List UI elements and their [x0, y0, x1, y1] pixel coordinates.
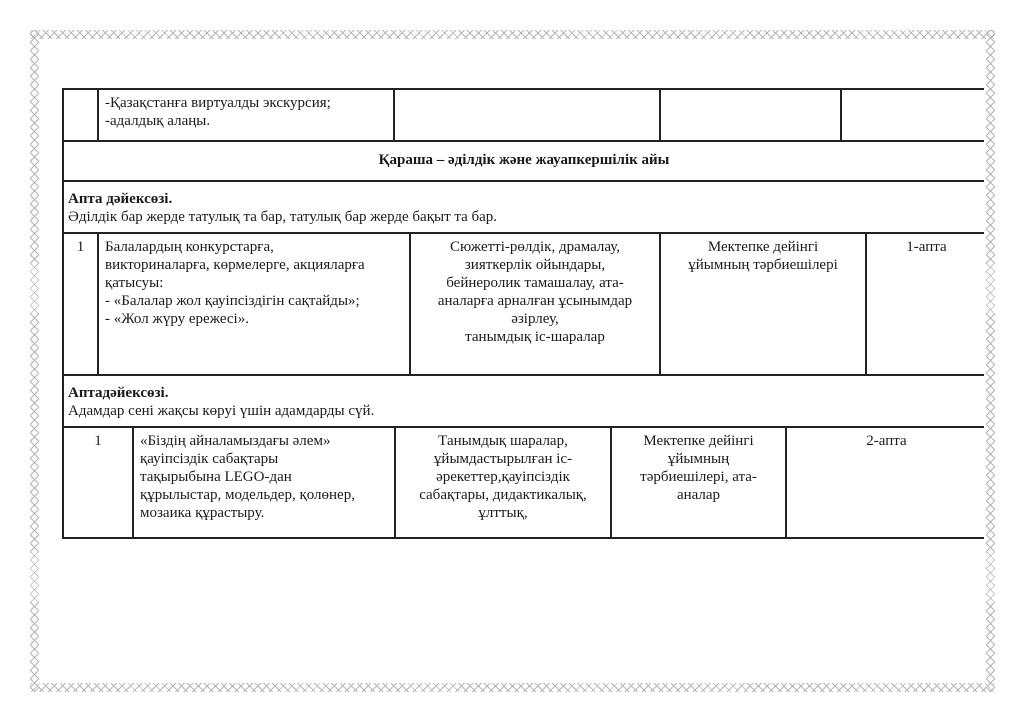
forms-line: бейнеролик тамашалау, ата-	[417, 274, 653, 292]
number-cell	[64, 90, 97, 140]
border-pattern-bottom	[30, 683, 995, 692]
forms-cell: Сюжетті-рөлдік, драмалау, зияткерлік ойы…	[409, 234, 659, 374]
number-cell: 1	[64, 234, 97, 374]
responsible-line: аналар	[618, 486, 779, 504]
forms-line: ұлттық,	[402, 504, 604, 522]
table-row: 1 Балалардың конкурстарға, викториналарғ…	[62, 232, 984, 374]
responsible-line: ұйымның	[618, 450, 779, 468]
border-pattern-left	[30, 30, 39, 692]
activity-cell: Балалардың конкурстарға, викториналарға,…	[97, 234, 409, 374]
activity-line: қатысуы:	[105, 274, 403, 292]
border-pattern-right	[986, 30, 995, 692]
quote-text: Адамдар сені жақсы көруі үшін адамдарды …	[68, 402, 980, 420]
responsible-cell: Мектепке дейінгі ұйымның тәрбиешілері, а…	[610, 428, 785, 537]
responsible-cell: Мектепке дейінгі ұйымның тәрбиешілері	[659, 234, 865, 374]
forms-line: әзірлеу,	[417, 310, 653, 328]
border-pattern-top	[30, 30, 995, 39]
responsible-line: Мектепке дейінгі	[618, 432, 779, 450]
table-row: 1 «Біздің айналамыздағы әлем» қауіпсізді…	[62, 426, 984, 539]
activity-line: викториналарға, көрмелерге, акцияларға	[105, 256, 403, 274]
activity-line: - «Балалар жол қауіпсіздігін сақтайды»;	[105, 292, 403, 310]
activity-line: құрылыстар, модельдер, қолөнер,	[140, 486, 388, 504]
table-row-continued: -Қазақстанға виртуалды экскурсия; -адалд…	[62, 88, 984, 140]
forms-line: әрекеттер,қауіпсіздік	[402, 468, 604, 486]
month-heading: Қараша – әділдік және жауапкершілік айы	[64, 142, 984, 173]
activity-cell: -Қазақстанға виртуалды экскурсия; -адалд…	[97, 90, 393, 140]
responsible-cell	[659, 90, 840, 140]
quote-row-2: Аптадәйексөзі. Адамдар сені жақсы көруі …	[62, 374, 984, 426]
activity-line: -адалдық алаңы.	[105, 112, 387, 130]
forms-line: Сюжетті-рөлдік, драмалау,	[417, 238, 653, 256]
timing-cell: 1-апта	[865, 234, 986, 374]
plan-table: -Қазақстанға виртуалды экскурсия; -адалд…	[62, 88, 984, 539]
activity-cell: «Біздің айналамыздағы әлем» қауіпсіздік …	[132, 428, 394, 537]
forms-line: Танымдық шаралар,	[402, 432, 604, 450]
forms-line: зияткерлік ойындары,	[417, 256, 653, 274]
responsible-line: ұйымның тәрбиешілері	[667, 256, 859, 274]
activity-line: -Қазақстанға виртуалды экскурсия;	[105, 94, 387, 112]
responsible-line: тәрбиешілері, ата-	[618, 468, 779, 486]
number-cell: 1	[64, 428, 132, 537]
activity-line: қауіпсіздік сабақтары	[140, 450, 388, 468]
forms-cell: Танымдық шаралар, ұйымдастырылған іс- әр…	[394, 428, 610, 537]
forms-cell	[393, 90, 659, 140]
forms-line: аналарға арналған ұсынымдар	[417, 292, 653, 310]
quote-label: Апта дәйексөзі.	[68, 190, 980, 208]
forms-line: ұйымдастырылған іс-	[402, 450, 604, 468]
activity-line: тақырыбына LEGO-дан	[140, 468, 388, 486]
activity-line: «Біздің айналамыздағы әлем»	[140, 432, 388, 450]
quote-row-1: Апта дәйексөзі. Әділдік бар жерде татулы…	[62, 180, 984, 232]
responsible-line: Мектепке дейінгі	[667, 238, 859, 256]
month-heading-row: Қараша – әділдік және жауапкершілік айы	[62, 140, 984, 180]
activity-line: Балалардың конкурстарға,	[105, 238, 403, 256]
timing-cell	[840, 90, 986, 140]
timing-cell: 2-апта	[785, 428, 986, 537]
activity-line: мозаика құрастыру.	[140, 504, 388, 522]
quote-label: Аптадәйексөзі.	[68, 384, 980, 402]
forms-line: танымдық іс-шаралар	[417, 328, 653, 346]
quote-text: Әділдік бар жерде татулық та бар, татулы…	[68, 208, 980, 226]
activity-line: - «Жол жүру ережесі».	[105, 310, 403, 328]
forms-line: сабақтары, дидактикалық,	[402, 486, 604, 504]
